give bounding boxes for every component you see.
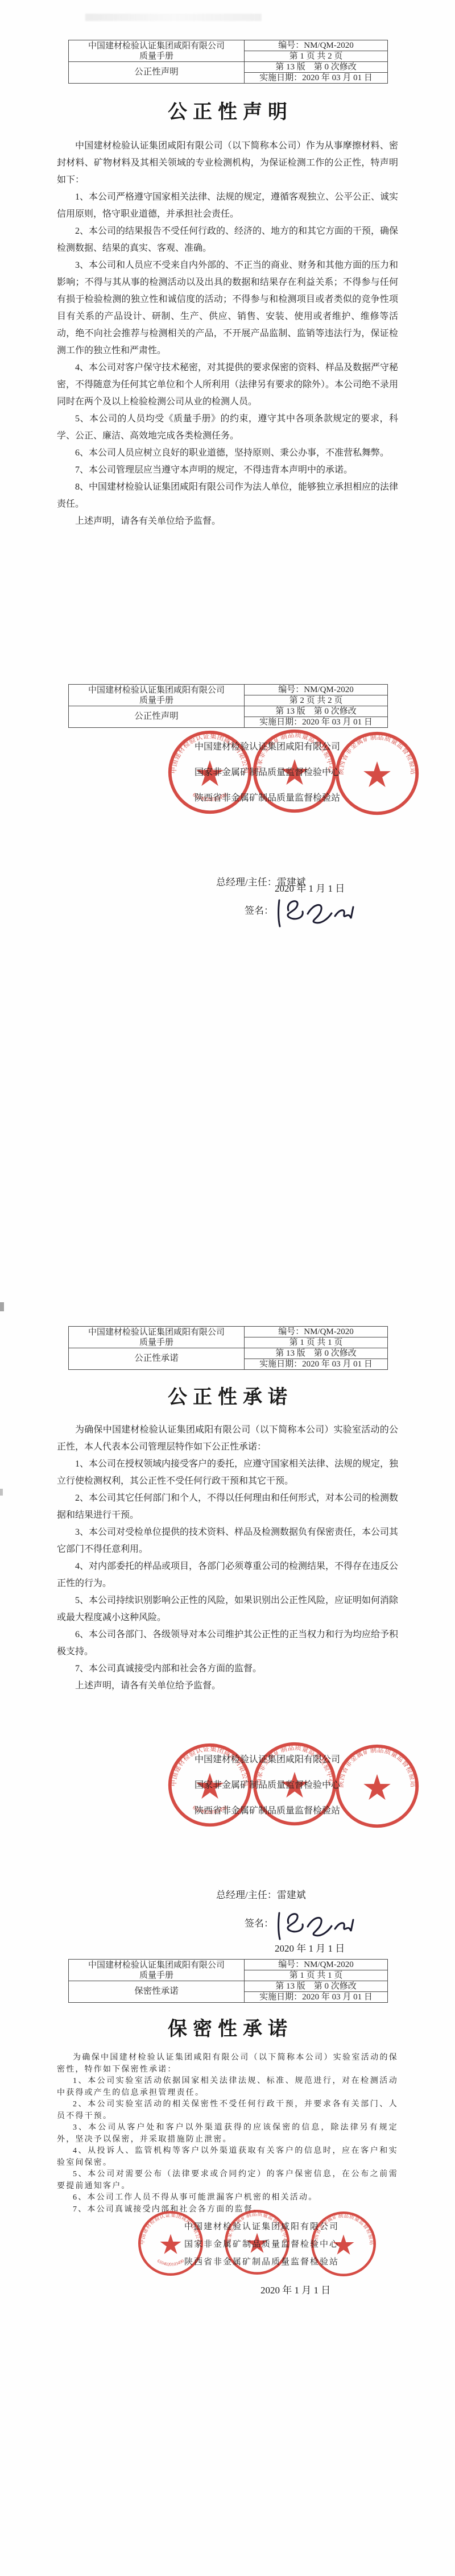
- issuing-org-lines: 中国建材检验认证集团咸阳有限公司 国家非金属矿制品质量监督检验中心 陕西省非金属…: [142, 734, 392, 811]
- doc-header-table: 中国建材检验认证集团咸阳有限公司 质量手册 编号：NM/QM-2020 第 1 …: [68, 1326, 388, 1370]
- page-title: 保密性承诺: [0, 2013, 455, 2041]
- paragraph: 上述声明，请各有关单位给予监督。: [57, 1678, 398, 1695]
- seal-signature-block: 中国建材检验认证集团咸阳有限公司6104020103490 国家非金属矿制品质量…: [0, 727, 455, 898]
- paragraph: 2、本公司的结果报告不受任何行政的、经济的、地方的和其它方面的干预，确保检测数据…: [57, 223, 398, 257]
- approver-line: 总经理/主任：雷建斌: [216, 1887, 306, 1901]
- paragraph: 8、中国建材检验认证集团咸阳有限公司作为法人单位，能够独立承担相应的法律责任。: [57, 479, 398, 513]
- doc-code: 编号：NM/QM-2020: [245, 685, 388, 695]
- signature-label: 签名：: [245, 894, 274, 917]
- sign-date: 2020 年 1 月 1 日: [260, 2282, 330, 2296]
- signature-row: 签名：: [245, 894, 354, 930]
- doc-code: 编号：NM/QM-2020: [245, 1960, 388, 1970]
- org-line-center: 国家非金属矿制品质量监督检验中心: [142, 760, 392, 785]
- company-name: 中国建材检验认证集团咸阳有限公司: [71, 1960, 242, 1970]
- org-line-company: 中国建材检验认证集团咸阳有限公司: [142, 1747, 392, 1772]
- section-name: 公正性承诺: [69, 1348, 245, 1370]
- org-line-station: 陕西省非金属矿制品质量监督检验站: [142, 785, 392, 811]
- signature-handwriting: [275, 1907, 354, 1943]
- scan-artifact: [85, 14, 262, 21]
- doc-header-table: 中国建材检验认证集团咸阳有限公司 质量手册 编号：NM/QM-2020 第 2 …: [68, 684, 388, 728]
- paragraph: 5、本公司的人员均受《质量手册》的约束，遵守其中各项条款规定的要求，科学、公正、…: [57, 411, 398, 445]
- paragraph: 3、本公司对受检单位提供的技术资料、样品及检测数据负有保密责任，本公司其它部门不…: [57, 1524, 398, 1558]
- scan-artifact: [0, 1302, 4, 1311]
- scanned-document: 中国建材检验认证集团咸阳有限公司 质量手册 编号：NM/QM-2020 第 1 …: [0, 0, 455, 2576]
- paragraph: 1、本公司实验室活动依据国家相关法律法规、标准、规范进行，对在检测活动中获得或产…: [57, 2076, 398, 2099]
- seal-block: 中国建材检验认证集团咸阳有限公司6104020103490 国家非金属矿制品质量…: [0, 2208, 455, 2305]
- sheet-impartiality-statement-p2: 中国建材检验认证集团咸阳有限公司 质量手册 编号：NM/QM-2020 第 2 …: [0, 684, 455, 900]
- page-title: 公正性承诺: [0, 1381, 455, 1409]
- sign-date: 2020 年 1 月 1 日: [275, 880, 345, 894]
- version-info: 第 13 版 第 0 次修改: [245, 706, 388, 717]
- section-name: 保密性承诺: [69, 1981, 245, 2003]
- section-name: 公正性声明: [69, 706, 245, 728]
- page-title: 公正性声明: [0, 96, 455, 124]
- paragraph: 7、本公司管理层应当遵守本声明的规定，不得违背本声明中的承诺。: [57, 462, 398, 479]
- paragraph: 上述声明，请各有关单位给予监督。: [57, 513, 398, 530]
- impl-date: 实施日期：2020 年 03 月 01 日: [245, 73, 388, 84]
- org-line-company: 中国建材检验认证集团咸阳有限公司: [159, 2218, 364, 2236]
- commitment-body: 为确保中国建材检验认证集团咸阳有限公司（以下简称本公司）实验室活动的公正性，本人…: [57, 1422, 398, 1695]
- page-info: 第 1 页 共 1 页: [245, 1970, 388, 1981]
- sign-date: 2020 年 1 月 1 日: [275, 1940, 345, 1954]
- statement-body: 中国建材检验认证集团咸阳有限公司（以下简称本公司）作为从事摩擦材料、密封材料、矿…: [57, 138, 398, 530]
- org-line-station: 陕西省非金属矿制品质量监督检验站: [159, 2254, 364, 2271]
- impl-date: 实施日期：2020 年 03 月 01 日: [245, 717, 388, 728]
- page-info: 第 1 页 共 1 页: [245, 1337, 388, 1348]
- paragraph: 6、本公司工作人员不得从事可能泄漏客户机密的相关活动。: [57, 2192, 398, 2204]
- paragraph: 5、本公司对需要公布（法律要求或合同约定）的客户保密信息，在公布之前需要提前通知…: [57, 2169, 398, 2192]
- paragraph: 3、本公司从客户处和客户以外渠道获得的应该保密的信息，除法律另有规定外，坚决予以…: [57, 2122, 398, 2146]
- doc-code: 编号：NM/QM-2020: [245, 1327, 388, 1337]
- company-name: 中国建材检验认证集团咸阳有限公司: [71, 685, 242, 695]
- signature-row: 签名：: [245, 1907, 354, 1943]
- seal-signature-block: 中国建材检验认证集团咸阳有限公司6104020103490 国家非金属矿制品质量…: [0, 1740, 455, 1911]
- page-info: 第 2 页 共 2 页: [245, 695, 388, 706]
- paragraph: 4、本公司对客户保守技术秘密，对其提供的要求保密的资料、样品及数据严守秘密，不得…: [57, 359, 398, 411]
- company-name: 中国建材检验认证集团咸阳有限公司: [71, 1327, 242, 1337]
- paragraph: 6、本公司人员应树立良好的职业道德，坚持原则、秉公办事，不准营私舞弊。: [57, 445, 398, 462]
- org-line-center: 国家非金属矿制品质量监督检验中心: [159, 2236, 364, 2254]
- doc-header-table: 中国建材检验认证集团咸阳有限公司 质量手册 编号：NM/QM-2020 第 1 …: [68, 1959, 388, 2003]
- sheet-impartiality-commitment: 中国建材检验认证集团咸阳有限公司 质量手册 编号：NM/QM-2020 第 1 …: [0, 1326, 455, 1957]
- paragraph: 2、本公司实验室活动的相关保密性不受任何行政干预，并要求各有关部门、人员不得干预…: [57, 2099, 398, 2122]
- paragraph: 为确保中国建材检验认证集团咸阳有限公司（以下简称本公司）实验室活动的公正性，本人…: [57, 1422, 398, 1456]
- sheet-impartiality-statement-p1: 中国建材检验认证集团咸阳有限公司 质量手册 编号：NM/QM-2020 第 1 …: [0, 40, 455, 530]
- version-info: 第 13 版 第 0 次修改: [245, 62, 388, 73]
- paragraph: 1、本公司在授权领域内接受客户的委托，应遵守国家相关法律、法规的规定，独立行使检…: [57, 1456, 398, 1490]
- manual-title: 质量手册: [71, 51, 242, 61]
- doc-header-table: 中国建材检验认证集团咸阳有限公司 质量手册 编号：NM/QM-2020 第 1 …: [68, 40, 388, 84]
- signature-label: 签名：: [245, 1907, 274, 1929]
- org-line-company: 中国建材检验认证集团咸阳有限公司: [142, 734, 392, 760]
- paragraph: 为确保中国建材检验认证集团咸阳有限公司（以下简称本公司）实验室活动的保密性，特作…: [57, 2052, 398, 2076]
- sheet-confidentiality-commitment: 中国建材检验认证集团咸阳有限公司 质量手册 编号：NM/QM-2020 第 1 …: [0, 1959, 455, 2323]
- paragraph: 7、本公司真诚接受内部和社会各方面的监督。: [57, 1660, 398, 1678]
- issuing-org-lines: 中国建材检验认证集团咸阳有限公司 国家非金属矿制品质量监督检验中心 陕西省非金属…: [159, 2218, 364, 2271]
- paragraph: 2、本公司其它任何部门和个人，不得以任何理由和任何形式，对本公司的检测数据和结果…: [57, 1490, 398, 1524]
- confidentiality-body: 为确保中国建材检验认证集团咸阳有限公司（以下简称本公司）实验室活动的保密性，特作…: [57, 2052, 398, 2215]
- company-name: 中国建材检验认证集团咸阳有限公司: [71, 41, 242, 51]
- paragraph: 4、从投诉人、监管机构等客户以外渠道获取有关客户的信息时，应在客户和实验室间保密…: [57, 2146, 398, 2169]
- manual-title: 质量手册: [71, 1337, 242, 1348]
- signature-handwriting: [275, 894, 354, 930]
- impl-date: 实施日期：2020 年 03 月 01 日: [245, 1992, 388, 2003]
- issuing-org-lines: 中国建材检验认证集团咸阳有限公司 国家非金属矿制品质量监督检验中心 陕西省非金属…: [142, 1747, 392, 1824]
- paragraph: 4、对内部委托的样品或项目，各部门必须尊重公司的检测结果，不得存在违反公正性的行…: [57, 1558, 398, 1592]
- version-info: 第 13 版 第 0 次修改: [245, 1981, 388, 1992]
- org-line-center: 国家非金属矿制品质量监督检验中心: [142, 1772, 392, 1798]
- doc-code: 编号：NM/QM-2020: [245, 40, 388, 51]
- impl-date: 实施日期：2020 年 03 月 01 日: [245, 1359, 388, 1370]
- paragraph: 1、本公司严格遵守国家相关法律、法规的规定，遵循客观独立、公平公正、诚实信用原则…: [57, 189, 398, 223]
- paragraph: 3、本公司和人员应不受来自内外部的、不正当的商业、财务和其他方面的压力和影响；不…: [57, 257, 398, 359]
- version-info: 第 13 版 第 0 次修改: [245, 1348, 388, 1359]
- page-info: 第 1 页 共 2 页: [245, 51, 388, 62]
- paragraph: 5、本公司持续识别影响公正性的风险，如果识别出公正性风险，应证明如何消除或最大程…: [57, 1592, 398, 1626]
- org-line-station: 陕西省非金属矿制品质量监督检验站: [142, 1798, 392, 1824]
- manual-title: 质量手册: [71, 1970, 242, 1981]
- section-name: 公正性声明: [69, 62, 245, 84]
- paragraph: 中国建材检验认证集团咸阳有限公司（以下简称本公司）作为从事摩擦材料、密封材料、矿…: [57, 138, 398, 189]
- paragraph: 6、本公司各部门、各级领导对本公司维护其公正性的正当权力和行为均应给予积极支持。: [57, 1626, 398, 1660]
- manual-title: 质量手册: [71, 695, 242, 706]
